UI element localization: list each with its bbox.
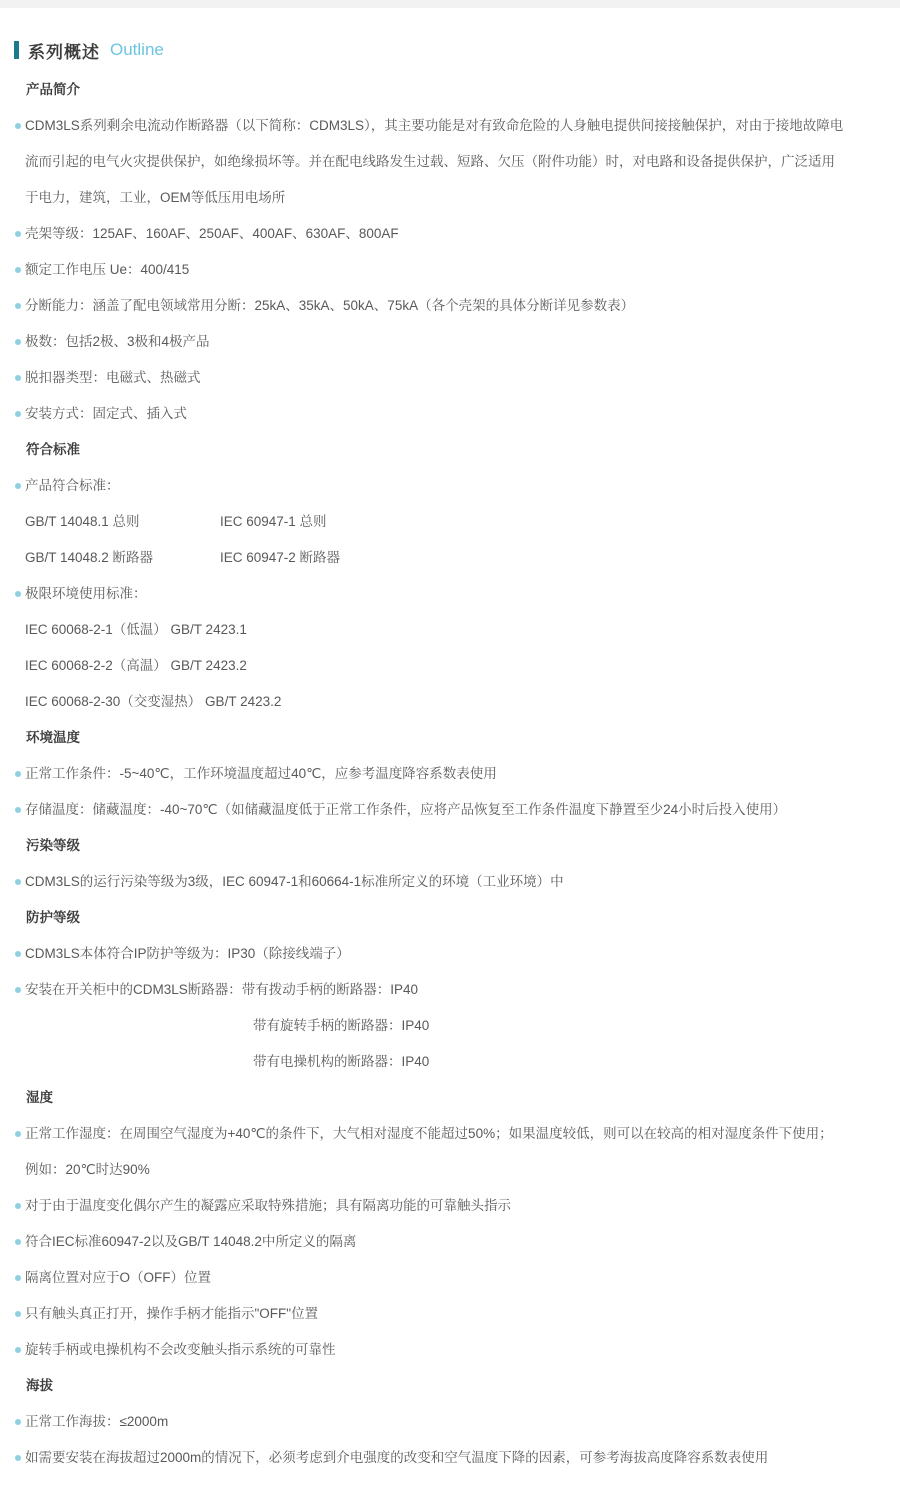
bullet-item: 产品符合标准：: [0, 468, 900, 504]
standard-gb: GB/T 14048.1 总则: [25, 504, 220, 540]
item-text: CDM3LS的运行污染等级为3级，IEC 60947-1和60664-1标准所定…: [25, 874, 564, 889]
standard-iec: IEC 60947-2 断路器: [220, 540, 340, 576]
standards-row: GB/T 14048.1 总则IEC 60947-1 总则: [0, 504, 900, 540]
section-heading: 污染等级: [0, 828, 900, 864]
section-title-cn: 系列概述: [28, 38, 100, 63]
section-heading: 产品简介: [0, 72, 900, 108]
plain-item: IEC 60068-2-30（交变湿热） GB/T 2423.2: [0, 684, 900, 720]
bullet-item: 正常工作条件：-5~40℃，工作环境温度超过40℃，应参考温度降容系数表使用: [0, 756, 900, 792]
item-text: 安装在开关柜中的CDM3LS断路器：带有拨动手柄的断路器：IP40: [25, 982, 418, 997]
bullet-item: 正常工作海拔：≤2000m: [0, 1404, 900, 1440]
item-text: 极限环境使用标准：: [25, 586, 147, 601]
item-text: 只有触头真正打开，操作手柄才能指示"OFF"位置: [25, 1306, 318, 1321]
bullet-item: 只有触头真正打开，操作手柄才能指示"OFF"位置: [0, 1296, 900, 1332]
bullet-dot-icon: [15, 231, 21, 237]
bullet-dot-icon: [15, 807, 21, 813]
item-text: IEC 60068-2-1（低温） GB/T 2423.1: [25, 622, 247, 637]
item-text: 分断能力：涵盖了配电领域常用分断：25kA、35kA、50kA、75kA（各个壳…: [25, 298, 634, 313]
bullet-dot-icon: [15, 483, 21, 489]
section-title: 系列概述 Outline: [14, 39, 900, 61]
bullet-dot-icon: [15, 951, 21, 957]
bullet-item: 符合IEC标准60947-2以及GB/T 14048.2中所定义的隔离: [0, 1224, 900, 1260]
bullet-item: 安装在开关柜中的CDM3LS断路器：带有拨动手柄的断路器：IP40: [0, 972, 900, 1008]
item-text: 极数：包括2极、3极和4极产品: [25, 334, 210, 349]
title-accent-bar: [14, 41, 19, 59]
item-text: 旋转手柄或电操机构不会改变触头指示系统的可靠性: [25, 1342, 336, 1357]
item-text: 额定工作电压 Ue：400/415: [25, 262, 189, 277]
bullet-item: 壳架等级：125AF、160AF、250AF、400AF、630AF、800AF: [0, 216, 900, 252]
bullet-dot-icon: [15, 771, 21, 777]
bullet-item: 脱扣器类型：电磁式、热磁式: [0, 360, 900, 396]
section-heading: 海拔: [0, 1368, 900, 1404]
bullet-dot-icon: [15, 1203, 21, 1209]
bullet-dot-icon: [15, 339, 21, 345]
bullet-item: 极限环境使用标准：: [0, 576, 900, 612]
bullet-dot-icon: [15, 1347, 21, 1353]
bullet-item: CDM3LS本体符合IP防护等级为：IP30（除接线端子）: [0, 936, 900, 972]
item-text: 产品符合标准：: [25, 478, 120, 493]
item-text: 存储温度：储藏温度：-40~70℃（如储藏温度低于正常工作条件，应将产品恢复至工…: [25, 802, 786, 817]
bullet-item: CDM3LS的运行污染等级为3级，IEC 60947-1和60664-1标准所定…: [0, 864, 900, 900]
item-text: IEC 60068-2-30（交变湿热） GB/T 2423.2: [25, 694, 281, 709]
item-text: 符合IEC标准60947-2以及GB/T 14048.2中所定义的隔离: [25, 1234, 356, 1249]
item-text: 对于由于温度变化偶尔产生的凝露应采取特殊措施；具有隔离功能的可靠触头指示: [25, 1198, 511, 1213]
bullet-dot-icon: [15, 1455, 21, 1461]
plain-item: IEC 60068-2-2（高温） GB/T 2423.2: [0, 648, 900, 684]
standard-iec: IEC 60947-1 总则: [220, 504, 327, 540]
bullet-dot-icon: [15, 123, 21, 129]
bullet-dot-icon: [15, 1239, 21, 1245]
bullet-item: 安装方式：固定式、插入式: [0, 396, 900, 432]
item-text: 安装方式：固定式、插入式: [25, 406, 187, 421]
indented-item: 带有旋转手柄的断路器：IP40: [0, 1008, 900, 1044]
bullet-dot-icon: [15, 591, 21, 597]
page-top-strip: [0, 0, 900, 8]
bullet-dot-icon: [15, 987, 21, 993]
item-text: 隔离位置对应于O（OFF）位置: [25, 1270, 211, 1285]
plain-item: IEC 60068-2-1（低温） GB/T 2423.1: [0, 612, 900, 648]
bullet-item: 旋转手柄或电操机构不会改变触头指示系统的可靠性: [0, 1332, 900, 1368]
item-text: 正常工作条件：-5~40℃，工作环境温度超过40℃，应参考温度降容系数表使用: [25, 766, 497, 781]
bullet-item: 存储温度：储藏温度：-40~70℃（如储藏温度低于正常工作条件，应将产品恢复至工…: [0, 792, 900, 828]
indented-item: 带有电操机构的断路器：IP40: [0, 1044, 900, 1080]
bullet-dot-icon: [15, 1131, 21, 1137]
item-text: 正常工作海拔：≤2000m: [25, 1414, 168, 1429]
section-heading: 符合标准: [0, 432, 900, 468]
document-page: 系列概述 Outline 产品简介CDM3LS系列剩余电流动作断路器（以下简称：…: [0, 8, 900, 1476]
item-text: IEC 60068-2-2（高温） GB/T 2423.2: [25, 658, 247, 673]
bullet-item: 正常工作湿度：在周围空气湿度为+40℃的条件下，大气相对湿度不能超过50%；如果…: [0, 1116, 900, 1188]
bullet-item: 额定工作电压 Ue：400/415: [0, 252, 900, 288]
item-text: 正常工作湿度：在周围空气湿度为+40℃的条件下，大气相对湿度不能超过50%；如果…: [25, 1126, 833, 1177]
standard-gb: GB/T 14048.2 断路器: [25, 540, 220, 576]
item-text: 如需要安装在海拔超过2000m的情况下，必须考虑到介电强度的改变和空气温度下降的…: [25, 1450, 768, 1465]
bullet-dot-icon: [15, 879, 21, 885]
bullet-item: 隔离位置对应于O（OFF）位置: [0, 1260, 900, 1296]
item-text: 带有电操机构的断路器：IP40: [253, 1054, 429, 1069]
bullet-dot-icon: [15, 303, 21, 309]
bullet-item: CDM3LS系列剩余电流动作断路器（以下简称：CDM3LS），其主要功能是对有致…: [0, 108, 900, 216]
bullet-dot-icon: [15, 1275, 21, 1281]
bullet-dot-icon: [15, 1419, 21, 1425]
item-text: 壳架等级：125AF、160AF、250AF、400AF、630AF、800AF: [25, 226, 399, 241]
item-text: CDM3LS系列剩余电流动作断路器（以下简称：CDM3LS），其主要功能是对有致…: [25, 118, 843, 205]
bullet-item: 极数：包括2极、3极和4极产品: [0, 324, 900, 360]
bullet-dot-icon: [15, 411, 21, 417]
item-text: CDM3LS本体符合IP防护等级为：IP30（除接线端子）: [25, 946, 350, 961]
bullet-item: 对于由于温度变化偶尔产生的凝露应采取特殊措施；具有隔离功能的可靠触头指示: [0, 1188, 900, 1224]
bullet-item: 如需要安装在海拔超过2000m的情况下，必须考虑到介电强度的改变和空气温度下降的…: [0, 1440, 900, 1476]
content: 产品简介CDM3LS系列剩余电流动作断路器（以下简称：CDM3LS），其主要功能…: [0, 72, 900, 1476]
section-heading: 防护等级: [0, 900, 900, 936]
section-title-en: Outline: [110, 40, 164, 60]
section-heading: 环境温度: [0, 720, 900, 756]
bullet-dot-icon: [15, 267, 21, 273]
item-text: 带有旋转手柄的断路器：IP40: [253, 1018, 429, 1033]
section-heading: 湿度: [0, 1080, 900, 1116]
bullet-dot-icon: [15, 1311, 21, 1317]
standards-row: GB/T 14048.2 断路器IEC 60947-2 断路器: [0, 540, 900, 576]
bullet-item: 分断能力：涵盖了配电领域常用分断：25kA、35kA、50kA、75kA（各个壳…: [0, 288, 900, 324]
item-text: 脱扣器类型：电磁式、热磁式: [25, 370, 201, 385]
bullet-dot-icon: [15, 375, 21, 381]
